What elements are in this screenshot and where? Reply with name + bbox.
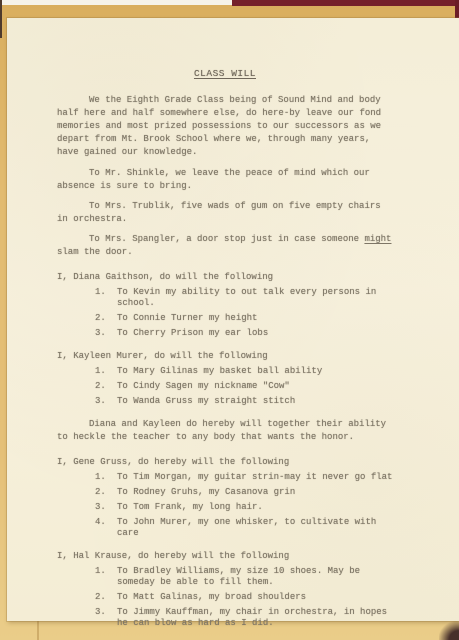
item-text: To Bradley Williams, my size 10 shoes. M… xyxy=(117,566,399,588)
album-photo: CLASS WILL We the Eighth Grade Class bei… xyxy=(0,0,459,640)
bequest-trublik-paragraph: To Mrs. Trublik, five wads of gum on fiv… xyxy=(57,200,393,226)
will-item: 1. To Mary Gilinas my basket ball abilit… xyxy=(95,366,399,377)
will-item: 1. To Kevin my ability to out talk every… xyxy=(95,287,399,309)
will-item: 3. To Jimmy Kauffman, my chair in orches… xyxy=(95,607,399,629)
item-text: To Connie Turner my height xyxy=(117,313,257,324)
will-item: 2. To Connie Turner my height xyxy=(95,313,399,324)
will-item: 2. To Matt Galinas, my broad shoulders xyxy=(95,592,399,603)
will-section-gene: I, Gene Gruss, do hereby will the follow… xyxy=(57,456,399,539)
backdrop-top-light xyxy=(0,0,236,5)
will-section-diana: I, Diana Gaithson, do will the following… xyxy=(57,271,399,339)
backdrop-right-sliver xyxy=(455,0,459,20)
will-items: 1. To Mary Gilinas my basket ball abilit… xyxy=(57,366,399,407)
backdrop-top-maroon xyxy=(232,0,459,6)
bequest-shinkle-paragraph: To Mr. Shinkle, we leave the peace of mi… xyxy=(57,167,393,193)
item-text: To Rodney Gruhs, my Casanova grin xyxy=(117,487,295,498)
item-number: 2. xyxy=(95,487,117,498)
spangler-text-after: slam the door. xyxy=(57,247,133,257)
will-items: 1. To Bradley Williams, my size 10 shoes… xyxy=(57,566,399,629)
item-text: To Kevin my ability to out talk every pe… xyxy=(117,287,399,309)
emphasized-word: might xyxy=(364,234,391,244)
intro-paragraph: We the Eighth Grade Class being of Sound… xyxy=(57,94,393,159)
will-items: 1. To Kevin my ability to out talk every… xyxy=(57,287,399,339)
item-text: To Tom Frank, my long hair. xyxy=(117,502,263,513)
item-number: 3. xyxy=(95,396,117,407)
item-number: 3. xyxy=(95,328,117,339)
testator-line: I, Hal Krause, do hereby will the follow… xyxy=(57,550,399,562)
will-item: 3. To Tom Frank, my long hair. xyxy=(95,502,399,513)
item-number: 3. xyxy=(95,607,117,629)
class-will-document: CLASS WILL We the Eighth Grade Class bei… xyxy=(7,18,459,621)
item-number: 4. xyxy=(95,517,117,539)
will-items: 1. To Tim Morgan, my guitar strin-may it… xyxy=(57,472,399,539)
item-text: To John Murer, my one whisker, to cultiv… xyxy=(117,517,399,539)
item-text: To Jimmy Kauffman, my chair in orchestra… xyxy=(117,607,395,629)
item-number: 1. xyxy=(95,472,117,483)
item-number: 2. xyxy=(95,381,117,392)
will-item: 2. To Rodney Gruhs, my Casanova grin xyxy=(95,487,399,498)
bequest-spangler-paragraph: To Mrs. Spangler, a door stop just in ca… xyxy=(57,233,393,259)
testator-line: I, Kayleen Murer, do will the following xyxy=(57,350,399,362)
corner-shadow xyxy=(439,621,459,640)
item-number: 1. xyxy=(95,566,117,588)
item-number: 2. xyxy=(95,313,117,324)
item-number: 1. xyxy=(95,366,117,377)
will-item: 3. To Cherry Prison my ear lobs xyxy=(95,328,399,339)
item-number: 1. xyxy=(95,287,117,309)
testator-line: I, Gene Gruss, do hereby will the follow… xyxy=(57,456,399,468)
will-item: 1. To Bradley Williams, my size 10 shoes… xyxy=(95,566,399,588)
will-section-kayleen: I, Kayleen Murer, do will the following … xyxy=(57,350,399,407)
document-title: CLASS WILL xyxy=(57,68,393,79)
item-number: 2. xyxy=(95,592,117,603)
will-section-hal: I, Hal Krause, do hereby will the follow… xyxy=(57,550,399,629)
will-item: 1. To Tim Morgan, my guitar strin-may it… xyxy=(95,472,399,483)
paper-sheet: CLASS WILL We the Eighth Grade Class bei… xyxy=(7,18,459,621)
will-item: 3. To Wanda Gruss my straight stitch xyxy=(95,396,399,407)
album-page-seam xyxy=(37,621,39,640)
item-text: To Mary Gilinas my basket ball ability xyxy=(117,366,322,377)
item-text: To Matt Galinas, my broad shoulders xyxy=(117,592,306,603)
item-number: 3. xyxy=(95,502,117,513)
will-item: 2. To Cindy Sagen my nickname "Cow" xyxy=(95,381,399,392)
will-item: 4. To John Murer, my one whisker, to cul… xyxy=(95,517,399,539)
item-text: To Cherry Prison my ear lobs xyxy=(117,328,268,339)
item-text: To Cindy Sagen my nickname "Cow" xyxy=(117,381,290,392)
spangler-text-before: To Mrs. Spangler, a door stop just in ca… xyxy=(89,234,364,244)
item-text: To Tim Morgan, my guitar strin-may it ne… xyxy=(117,472,392,483)
testator-line: I, Diana Gaithson, do will the following xyxy=(57,271,399,283)
joint-paragraph: Diana and Kayleen do hereby will togethe… xyxy=(57,418,393,444)
backdrop-left-edge xyxy=(0,0,2,38)
item-text: To Wanda Gruss my straight stitch xyxy=(117,396,295,407)
